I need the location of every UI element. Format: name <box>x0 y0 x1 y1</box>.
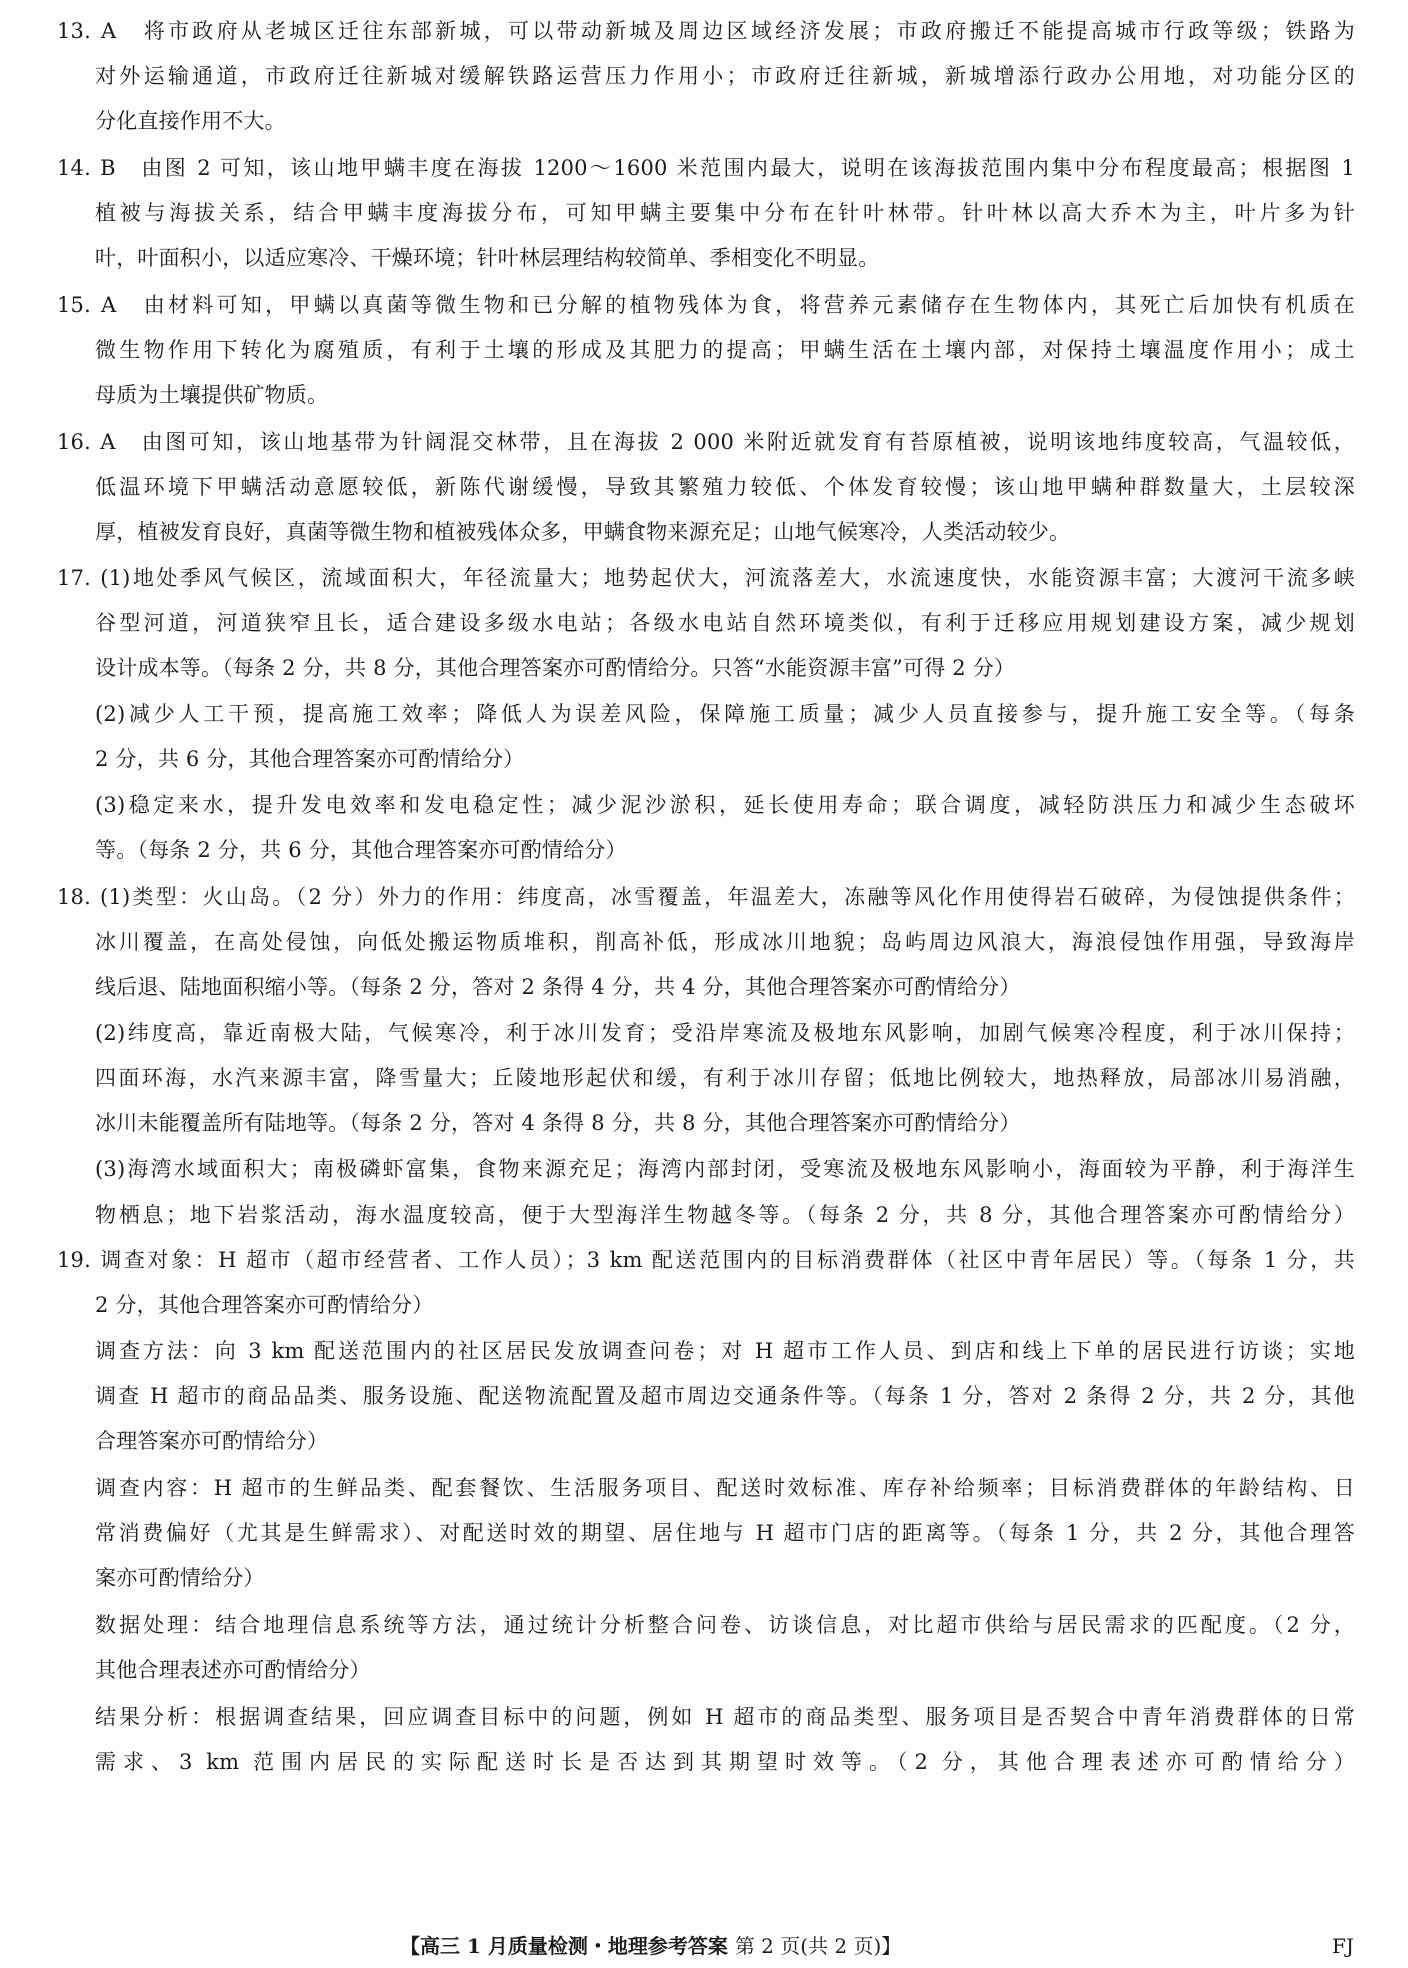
answer-19-line-10: 其他合理表述亦可酌情给分） <box>95 1655 1355 1685</box>
answer-17-line-4: (2)减少人工干预，提高施工效率；降低人为误差风险，保障施工质量；减少人员直接参… <box>95 699 1355 729</box>
answer-17-line-6: (3)稳定来水，提升发电效率和发电稳定性；减少泥沙淤积，延长使用寿命；联合调度，… <box>95 790 1355 820</box>
answer-15-line-3: 母质为土壤提供矿物质。 <box>95 380 1355 410</box>
answer-18-line-2: 冰川覆盖，在高处侵蚀，向低处搬运物质堆积，削高补低，形成冰川地貌；岛屿周边风浪大… <box>95 927 1355 957</box>
answer-13-line-3: 分化直接作用不大。 <box>95 106 1355 136</box>
answer-13-line-2: 对外运输通道，市政府迁往新城对缓解铁路运营压力作用小；市政府迁往新城，新城增添行… <box>95 61 1355 91</box>
answer-17-line-5: 2 分，共 6 分，其他合理答案亦可酌情给分） <box>95 744 1355 774</box>
answer-18-line-6: 冰川未能覆盖所有陆地等。（每条 2 分，答对 4 条得 8 分，共 8 分，其他… <box>95 1108 1355 1138</box>
answer-18-line-8: 物栖息；地下岩浆活动，海水温度较高，便于大型海洋生物越冬等。（每条 2 分，共 … <box>95 1200 1355 1230</box>
page-footer: 【高三 1 月质量检测・地理参考答案 第 2 页(共 2 页)】 <box>400 1931 901 1961</box>
answer-14-line-2: 植被与海拔关系，结合甲螨丰度海拔分布，可知甲螨主要集中分布在针叶林带。针叶林以高… <box>95 198 1355 228</box>
answer-17-line-7: 等。（每条 2 分，共 6 分，其他合理答案亦可酌情给分） <box>95 835 1355 865</box>
footer-page-number: 第 2 页(共 2 页)】 <box>735 1934 901 1958</box>
answer-13-line-1: 13. A 将市政府从老城区迁往东部新城，可以带动新城及周边区域经济发展；市政府… <box>57 16 1355 46</box>
answer-19-line-3: 调查方法：向 3 km 配送范围内的社区居民发放调查问卷；对 H 超市工作人员、… <box>95 1336 1355 1366</box>
answer-15-line-2: 微生物作用下转化为腐殖质，有利于土壤的形成及其肥力的提高；甲螨生活在土壤内部，对… <box>95 335 1355 365</box>
answer-17-line-2: 谷型河道，河道狭窄且长，适合建设多级水电站；各级水电站自然环境类似，有利于迁移应… <box>95 608 1355 638</box>
answer-18-line-4: (2)纬度高，靠近南极大陆，气候寒冷，利于冰川发育；受沿岸寒流及极地东风影响，加… <box>95 1018 1355 1048</box>
footer-title: 【高三 1 月质量检测・地理参考答案 <box>400 1934 728 1958</box>
answer-19-line-4: 调查 H 超市的商品品类、服务设施、配送物流配置及超市周边交通条件等。（每条 1… <box>95 1381 1355 1411</box>
answer-16-line-1: 16. A 由图可知，该山地基带为针阔混交林带，且在海拔 2 000 米附近就发… <box>57 427 1355 457</box>
answer-19-line-8: 案亦可酌情给分） <box>95 1563 1355 1593</box>
answer-19-line-9: 数据处理：结合地理信息系统等方法，通过统计分析整合问卷、访谈信息，对比超市供给与… <box>95 1610 1355 1640</box>
answer-18-line-1: 18. (1)类型：火山岛。（2 分）外力的作用：纬度高，冰雪覆盖，年温差大，冻… <box>57 882 1355 912</box>
answer-19-line-7: 常消费偏好（尤其是生鲜需求）、对配送时效的期望、居住地与 H 超市门店的距离等。… <box>95 1518 1355 1548</box>
answer-19-line-1: 19. 调查对象：H 超市（超市经营者、工作人员）；3 km 配送范围内的目标消… <box>57 1245 1355 1275</box>
answer-key-page: 13. A 将市政府从老城区迁往东部新城，可以带动新城及周边区域经济发展；市政府… <box>0 0 1408 1968</box>
answer-19-line-12: 需求、3 km 范围内居民的实际配送时长是否达到其期望时效等。（2 分，其他合理… <box>95 1747 1355 1777</box>
answer-19-line-5: 合理答案亦可酌情给分） <box>95 1426 1355 1456</box>
answer-18-line-3: 线后退、陆地面积缩小等。（每条 2 分，答对 2 条得 4 分，共 4 分，其他… <box>95 972 1355 1002</box>
answer-19-line-6: 调查内容：H 超市的生鲜品类、配套餐饮、生活服务项目、配送时效标准、库存补给频率… <box>95 1473 1355 1503</box>
answer-19-line-2: 2 分，其他合理答案亦可酌情给分） <box>95 1290 1355 1320</box>
answer-15-line-1: 15. A 由材料可知，甲螨以真菌等微生物和已分解的植物残体为食，将营养元素储存… <box>57 290 1355 320</box>
answer-14-line-3: 叶，叶面积小，以适应寒冷、干燥环境；针叶林层理结构较简单、季相变化不明显。 <box>95 243 1355 273</box>
answer-16-line-3: 厚，植被发育良好，真菌等微生物和植被残体众多，甲螨食物来源充足；山地气候寒冷，人… <box>95 517 1355 547</box>
answer-18-line-5: 四面环海，水汽来源丰富，降雪量大；丘陵地形起伏和缓，有利于冰川存留；低地比例较大… <box>95 1063 1355 1093</box>
answer-14-line-1: 14. B 由图 2 可知，该山地甲螨丰度在海拔 1200～1600 米范围内最… <box>57 153 1355 183</box>
answer-17-line-1: 17. (1)地处季风气候区，流域面积大，年径流量大；地势起伏大，河流落差大，水… <box>57 563 1355 593</box>
answer-18-line-7: (3)海湾水域面积大；南极磷虾富集，食物来源充足；海湾内部封闭，受寒流及极地东风… <box>95 1154 1355 1184</box>
answer-19-line-11: 结果分析：根据调查结果，回应调查目标中的问题，例如 H 超市的商品类型、服务项目… <box>95 1702 1355 1732</box>
footer-region-code: FJ <box>1332 1931 1354 1961</box>
answer-16-line-2: 低温环境下甲螨活动意愿较低，新陈代谢缓慢，导致其繁殖力较低、个体发育较慢；该山地… <box>95 472 1355 502</box>
answer-17-line-3: 设计成本等。（每条 2 分，共 8 分，其他合理答案亦可酌情给分。只答“水能资源… <box>95 653 1355 683</box>
